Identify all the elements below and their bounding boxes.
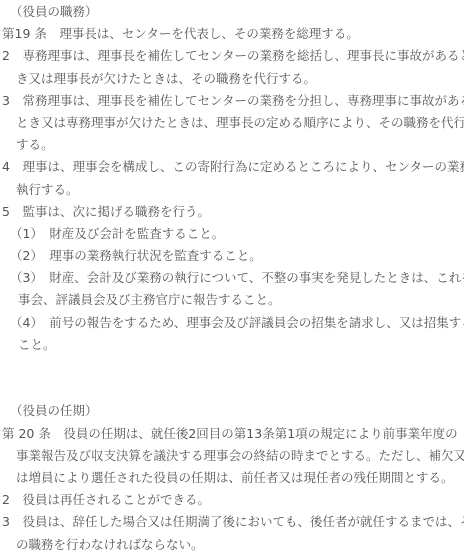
text-line: 4 理事は、理事会を構成し、この寄附行為に定めるところにより、センターの業務を xyxy=(0,156,464,178)
section-heading: （役員の任期） xyxy=(0,400,464,422)
text-line: （1） 財産及び会計を監査すること。 xyxy=(0,223,464,245)
text-line: 事会、評議員会及び主務官庁に報告すること。 xyxy=(0,289,464,311)
text-line: 5 監事は、次に掲げる職務を行う。 xyxy=(0,201,464,223)
section-heading: （役員の職務） xyxy=(0,1,464,23)
text-line: 執行する。 xyxy=(0,179,464,201)
text-line: 2 専務理事は、理事長を補佐してセンターの業務を総括し、理事長に事故があると xyxy=(0,45,464,67)
text-line: とき又は専務理事が欠けたときは、理事長の定める順序により、その職務を代行 xyxy=(0,112,464,134)
text-line: （4） 前号の報告をするため、理事会及び評議員会の招集を請求し、又は招集する xyxy=(0,312,464,334)
document-section: （役員の職務）第19 条 理事長は、センターを代表し、その業務を総理する。2 専… xyxy=(0,1,464,356)
document-body: （役員の職務）第19 条 理事長は、センターを代表し、その業務を総理する。2 専… xyxy=(0,1,464,556)
document-page: （役員の職務）第19 条 理事長は、センターを代表し、その業務を総理する。2 専… xyxy=(0,0,464,556)
text-line: する。 xyxy=(0,134,464,156)
text-line: 2 役員は再任されることができる。 xyxy=(0,489,464,511)
text-line: 事業報告及び収支決算を議決する理事会の終結の時までとする。ただし、補欠又 xyxy=(0,445,464,467)
text-line: こと。 xyxy=(0,334,464,356)
text-line: 第 20 条 役員の任期は、就任後2回目の第13条第1項の規定により前事業年度の xyxy=(0,423,464,445)
text-line: き又は理事長が欠けたときは、その職務を代行する。 xyxy=(0,68,464,90)
text-line: 3 常務理事は、理事長を補佐してセンターの業務を分担し、専務理事に事故がある xyxy=(0,90,464,112)
text-line: 3 役員は、辞任した場合又は任期満了後においても、後任者が就任するまでは、そ xyxy=(0,511,464,533)
text-line: （2） 理事の業務執行状況を監査すること。 xyxy=(0,245,464,267)
text-line: （3） 財産、会計及び業務の執行について、不整の事実を発見したときは、これを理 xyxy=(0,267,464,289)
text-line: の職務を行わなければならない。 xyxy=(0,534,464,556)
document-section: （役員の任期）第 20 条 役員の任期は、就任後2回目の第13条第1項の規定によ… xyxy=(0,400,464,555)
text-line: 第19 条 理事長は、センターを代表し、その業務を総理する。 xyxy=(0,23,464,45)
text-line: は増員により選任された役員の任期は、前任者又は現任者の残任期間とする。 xyxy=(0,467,464,489)
